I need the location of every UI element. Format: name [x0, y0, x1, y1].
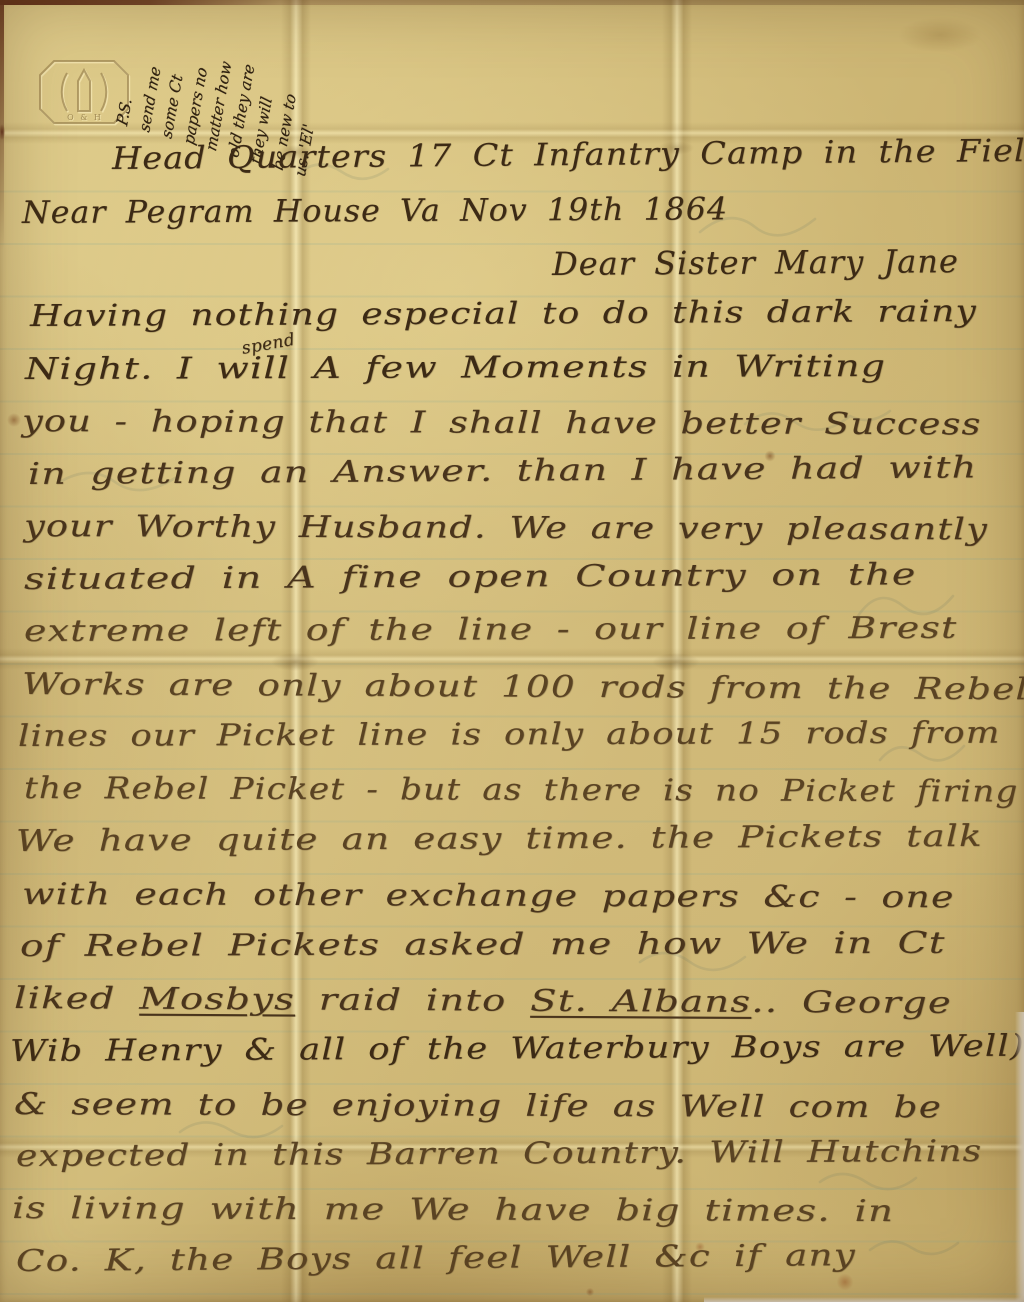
- paper-vignette: [0, 0, 1024, 1302]
- letter-page: O & H O & H P.S. send me some Ct papers …: [0, 0, 1024, 1302]
